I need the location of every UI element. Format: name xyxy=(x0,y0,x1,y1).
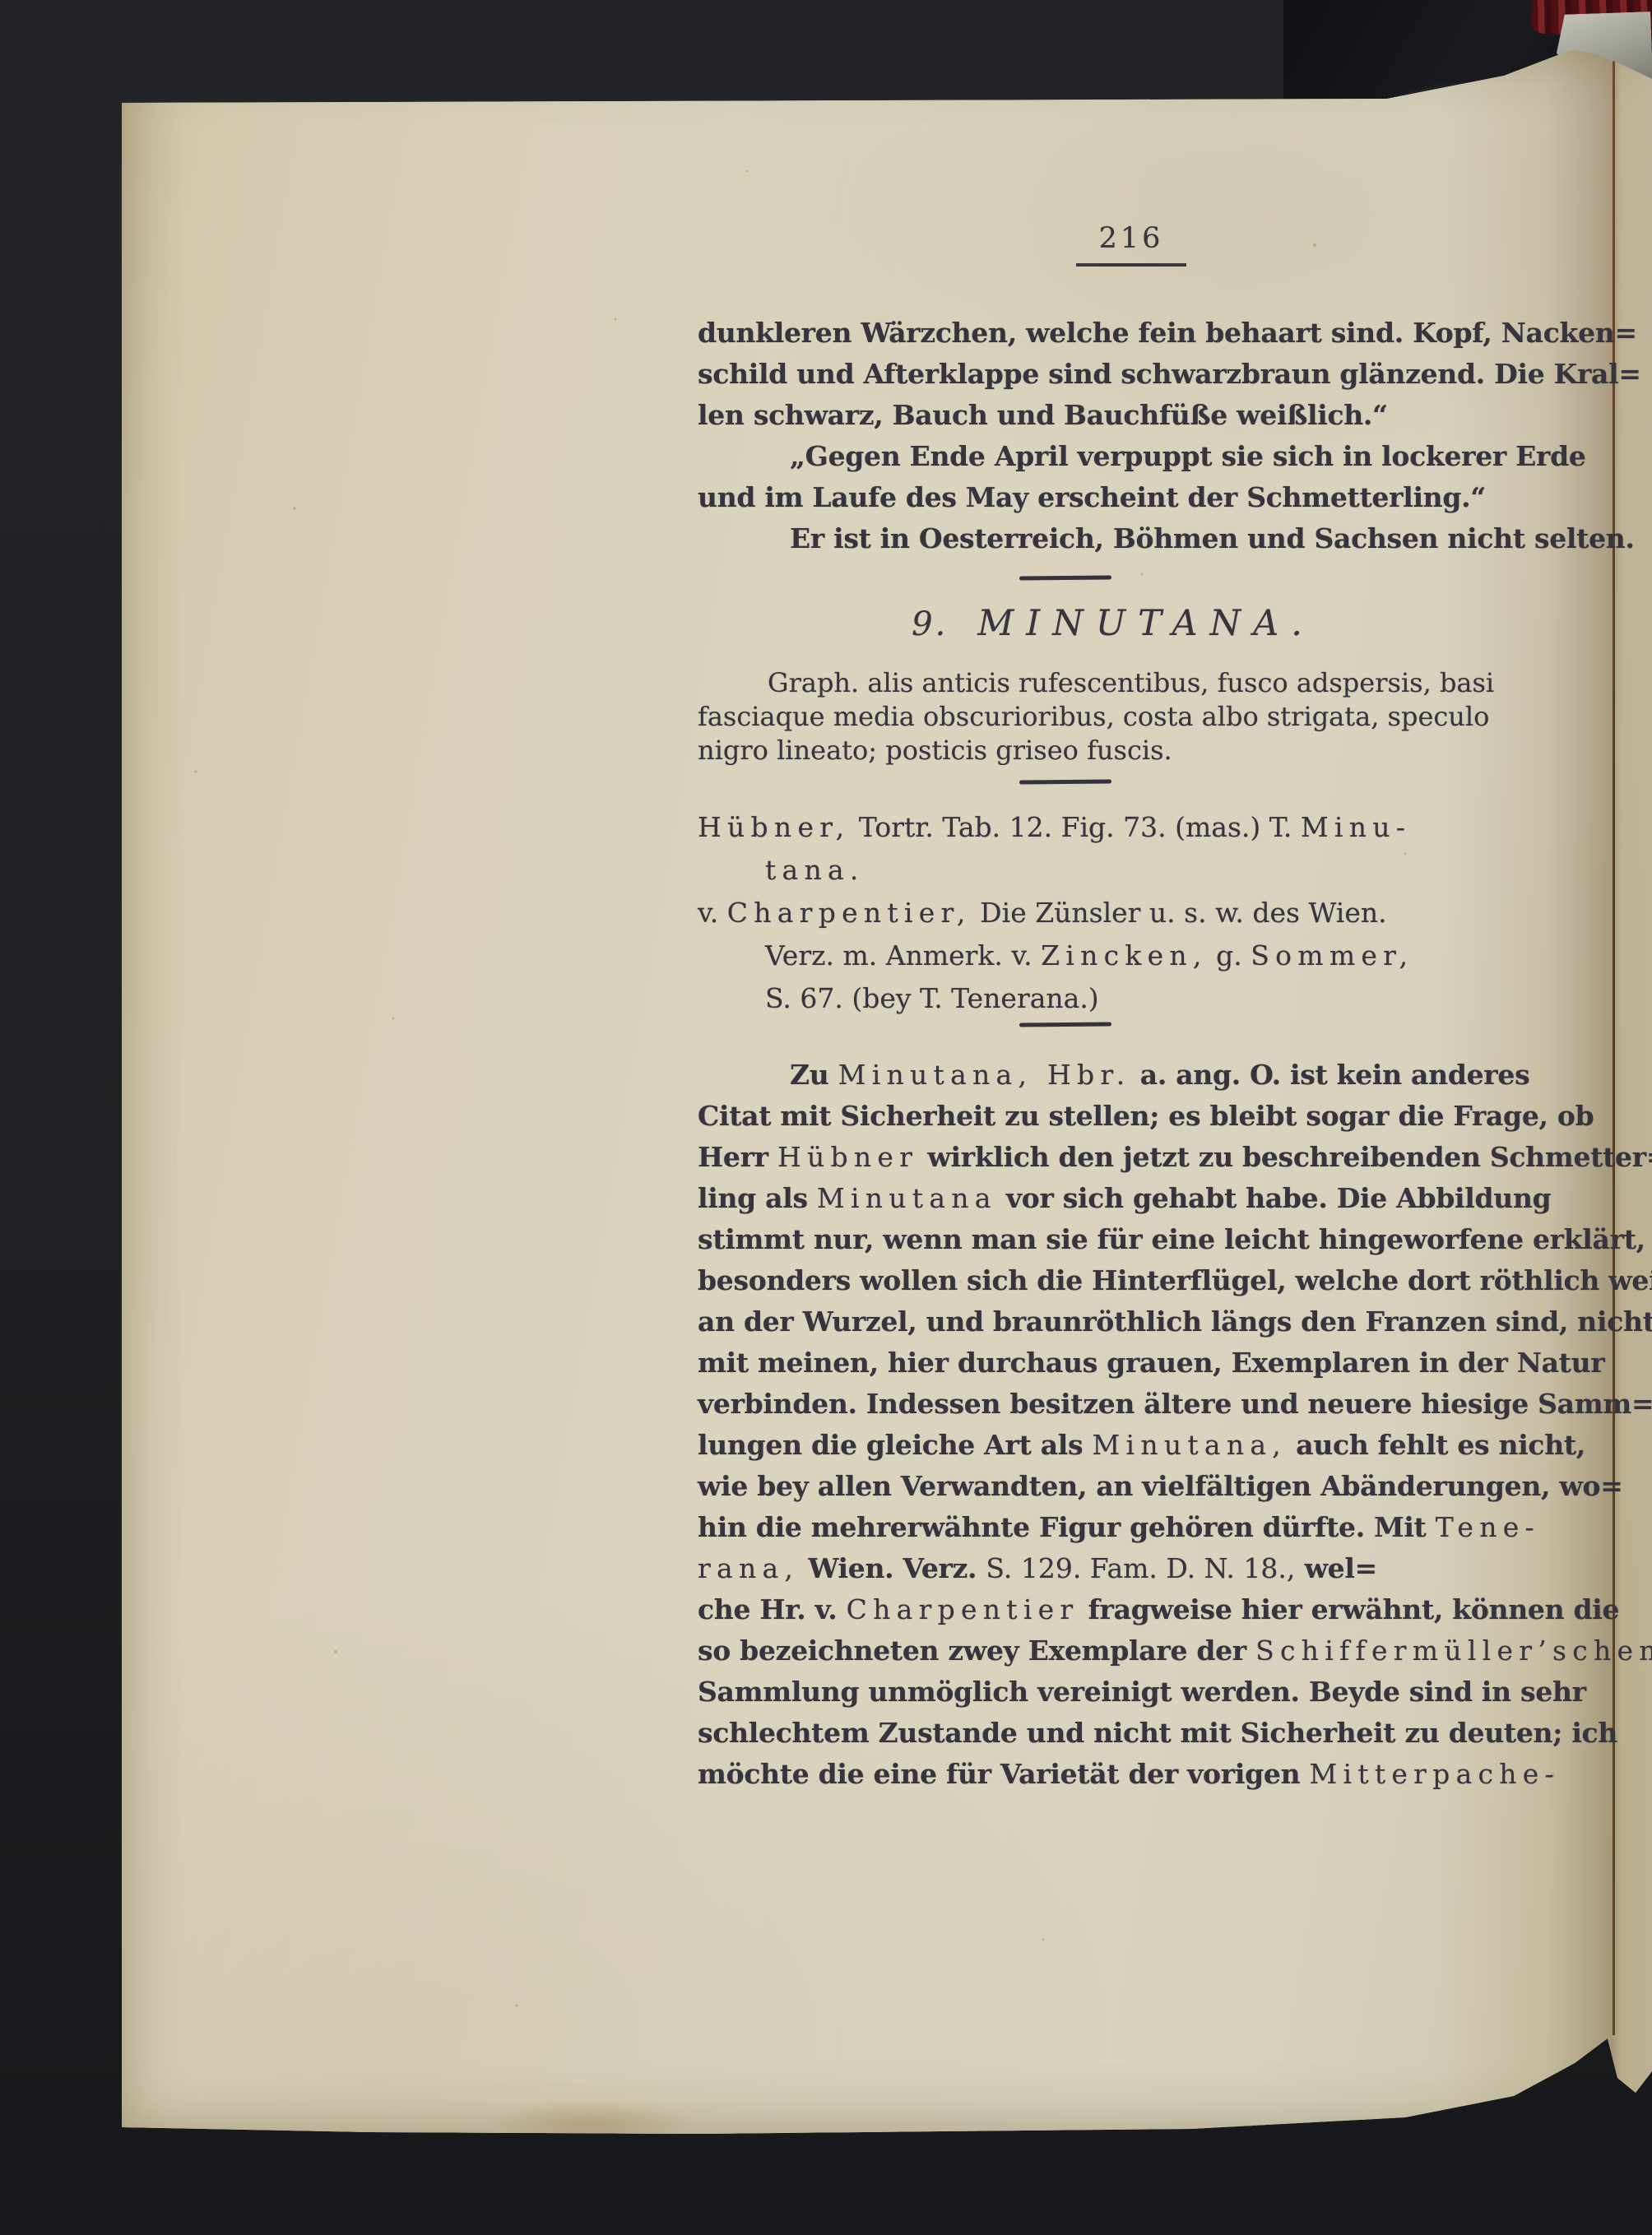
text-segment: Zincken, xyxy=(1041,939,1208,971)
text-line: che Hr. v. Charpentier fragweise hier er… xyxy=(698,1589,1529,1630)
text-segment: Schiffermüller’schen xyxy=(1255,1635,1652,1667)
text-line: S. 67. (bey T. Tenerana.) xyxy=(698,977,1529,1020)
text-line: schlechtem Zustande und nicht mit Sicher… xyxy=(698,1713,1529,1754)
text-segment: S. 129. Fam. D. N. 18., xyxy=(986,1552,1295,1584)
text-segment: nigro lineato; posticis griseo fuscis. xyxy=(698,735,1172,766)
text-segment: „Gegen Ende April verpuppt sie sich in l… xyxy=(790,440,1586,472)
text-segment: lungen die gleiche Art als xyxy=(698,1429,1093,1461)
text-segment: Minutana, xyxy=(1093,1429,1288,1461)
text-line: besonders wollen sich die Hinterflügel, … xyxy=(698,1260,1529,1301)
text-segment: besonders wollen sich die Hinterflügel, … xyxy=(698,1264,1652,1296)
text-line: Citat mit Sicherheit zu stellen; es blei… xyxy=(698,1096,1529,1137)
section-divider xyxy=(1019,575,1111,580)
text-segment: dunkleren Wärzchen, welche fein behaart … xyxy=(698,317,1637,349)
text-segment: Citat mit Sicherheit zu stellen; es blei… xyxy=(698,1100,1594,1132)
text-segment: hin die mehrerwähnte Figur gehören dürft… xyxy=(698,1511,1436,1543)
text-segment: auch fehlt es nicht, xyxy=(1287,1429,1585,1461)
species-number: 9. xyxy=(912,605,948,643)
text-line: len schwarz, Bauch und Bauchfüße weißlic… xyxy=(698,395,1529,436)
text-segment: Charpentier xyxy=(847,1593,1079,1625)
text-line: Zu Minutana, Hbr. a. ang. O. ist kein an… xyxy=(698,1055,1529,1096)
text-segment: Sammlung unmöglich vereinigt werden. Bey… xyxy=(698,1676,1586,1708)
text-segment: verbinden. Indessen besitzen ältere und … xyxy=(698,1388,1652,1420)
text-line: hin die mehrerwähnte Figur gehören dürft… xyxy=(698,1507,1529,1548)
text-segment: a. ang. O. ist kein anderes xyxy=(1131,1059,1530,1091)
text-segment: v. xyxy=(698,897,727,929)
body-text: Zu Minutana, Hbr. a. ang. O. ist kein an… xyxy=(698,1055,1529,1795)
text-line: rana, Wien. Verz. S. 129. Fam. D. N. 18.… xyxy=(698,1548,1529,1589)
text-segment: schlechtem Zustande und nicht mit Sicher… xyxy=(698,1717,1617,1749)
text-line: Herr Hübner wirklich den jetzt zu beschr… xyxy=(698,1137,1529,1178)
text-segment: Tortr. Tab. 12. Fig. 73. (mas.) T. xyxy=(850,811,1300,843)
text-line: und im Laufe des May erscheint der Schme… xyxy=(698,477,1529,518)
text-segment: wie bey allen Verwandten, an vielfältige… xyxy=(698,1470,1623,1502)
text-segment: Zu xyxy=(790,1059,838,1091)
text-line: tana. xyxy=(698,849,1529,892)
text-line: mit meinen, hier durchaus grauen, Exempl… xyxy=(698,1342,1529,1384)
page-number: 216 xyxy=(1076,222,1187,267)
intro-paragraphs: dunkleren Wärzchen, welche fein behaart … xyxy=(698,313,1529,559)
species-name: MINUTANA. xyxy=(977,603,1315,644)
species-heading: 9.MINUTANA. xyxy=(698,603,1529,644)
text-segment: Minutana xyxy=(817,1182,997,1214)
page-header: 216 xyxy=(698,222,1529,267)
text-line: lungen die gleiche Art als Minutana, auc… xyxy=(698,1425,1529,1466)
text-line: Er ist in Oesterreich, Böhmen und Sachse… xyxy=(698,518,1529,559)
text-segment: Tene- xyxy=(1436,1511,1540,1543)
text-segment: Charpentier, xyxy=(727,897,972,929)
text-segment: ling als xyxy=(698,1182,817,1214)
text-segment: wirklich den jetzt zu beschreibenden Sch… xyxy=(918,1141,1652,1173)
text-segment: möchte die eine für Varietät der vorigen xyxy=(698,1758,1309,1790)
text-segment: schild und Afterklappe sind schwarzbraun… xyxy=(698,358,1641,390)
text-segment: Hübner xyxy=(777,1141,918,1173)
text-segment: Er ist in Oesterreich, Böhmen und Sachse… xyxy=(790,522,1635,554)
text-line: wie bey allen Verwandten, an vielfältige… xyxy=(698,1466,1529,1507)
reference-list: Hübner, Tortr. Tab. 12. Fig. 73. (mas.) … xyxy=(698,806,1529,1020)
text-segment: vor sich gehabt habe. Die Abbildung xyxy=(997,1182,1552,1214)
text-segment: Mitterpache- xyxy=(1309,1758,1560,1790)
text-segment: tana. xyxy=(765,854,865,886)
paper-stain xyxy=(451,2093,731,2154)
text-segment: Herr xyxy=(698,1141,777,1173)
text-line: Graph. alis anticis rufescentibus, fusco… xyxy=(698,666,1529,700)
text-segment: g. xyxy=(1208,939,1251,971)
text-segment: Wien. Verz. xyxy=(799,1552,986,1584)
text-line: nigro lineato; posticis griseo fuscis. xyxy=(698,734,1529,767)
latin-diagnosis: Graph. alis anticis rufescentibus, fusco… xyxy=(698,666,1529,767)
text-segment: Verz. m. Anmerk. v. xyxy=(765,939,1041,971)
text-segment: und im Laufe des May erscheint der Schme… xyxy=(698,481,1486,513)
text-line: ling als Minutana vor sich gehabt habe. … xyxy=(698,1178,1529,1219)
text-segment: S. 67. (bey T. Tenerana.) xyxy=(765,982,1099,1014)
text-line: Hübner, Tortr. Tab. 12. Fig. 73. (mas.) … xyxy=(698,806,1529,849)
text-segment: Die Zünsler u. s. w. des Wien. xyxy=(972,897,1387,929)
text-line: möchte die eine für Varietät der vorigen… xyxy=(698,1754,1529,1795)
text-line: „Gegen Ende April verpuppt sie sich in l… xyxy=(698,436,1529,477)
text-line: so bezeichneten zwey Exemplare der Schif… xyxy=(698,1630,1529,1672)
text-line: an der Wurzel, und braunröthlich längs d… xyxy=(698,1301,1529,1342)
book-page: 216 dunkleren Wärzchen, welche fein beha… xyxy=(122,48,1652,2137)
text-line: schild und Afterklappe sind schwarzbraun… xyxy=(698,354,1529,395)
text-segment: so bezeichneten zwey Exemplare der xyxy=(698,1635,1255,1667)
text-segment: che Hr. v. xyxy=(698,1593,847,1625)
section-divider xyxy=(1019,779,1111,784)
text-segment: an der Wurzel, und braunröthlich längs d… xyxy=(698,1305,1652,1338)
text-segment: fragweise hier erwähnt, können die xyxy=(1079,1593,1619,1625)
text-line: dunkleren Wärzchen, welche fein behaart … xyxy=(698,313,1529,354)
text-line: Verz. m. Anmerk. v. Zincken, g. Sommer, xyxy=(698,934,1529,977)
text-segment: Graph. alis anticis rufescentibus, fusco… xyxy=(768,667,1494,698)
text-segment: Minu- xyxy=(1301,811,1411,843)
text-segment: stimmt nur, wenn man sie für eine leicht… xyxy=(698,1223,1645,1255)
section-divider xyxy=(1019,1022,1111,1027)
text-segment: rana, xyxy=(698,1552,799,1584)
text-segment: Sommer, xyxy=(1251,939,1413,971)
text-line: fasciaque media obscurioribus, costa alb… xyxy=(698,700,1529,734)
text-segment: fasciaque media obscurioribus, costa alb… xyxy=(698,701,1489,732)
text-line: Sammlung unmöglich vereinigt werden. Bey… xyxy=(698,1672,1529,1713)
text-line: verbinden. Indessen besitzen ältere und … xyxy=(698,1384,1529,1425)
text-segment: wel= xyxy=(1295,1552,1377,1584)
text-segment: Minutana, Hbr. xyxy=(838,1059,1131,1091)
text-segment: mit meinen, hier durchaus grauen, Exempl… xyxy=(698,1347,1604,1379)
scanned-book-photo: 216 dunkleren Wärzchen, welche fein beha… xyxy=(0,0,1652,2235)
text-line: stimmt nur, wenn man sie für eine leicht… xyxy=(698,1219,1529,1260)
text-line: v. Charpentier, Die Zünsler u. s. w. des… xyxy=(698,892,1529,934)
text-segment: Hübner, xyxy=(698,811,850,843)
text-segment: len schwarz, Bauch und Bauchfüße weißlic… xyxy=(698,399,1388,431)
